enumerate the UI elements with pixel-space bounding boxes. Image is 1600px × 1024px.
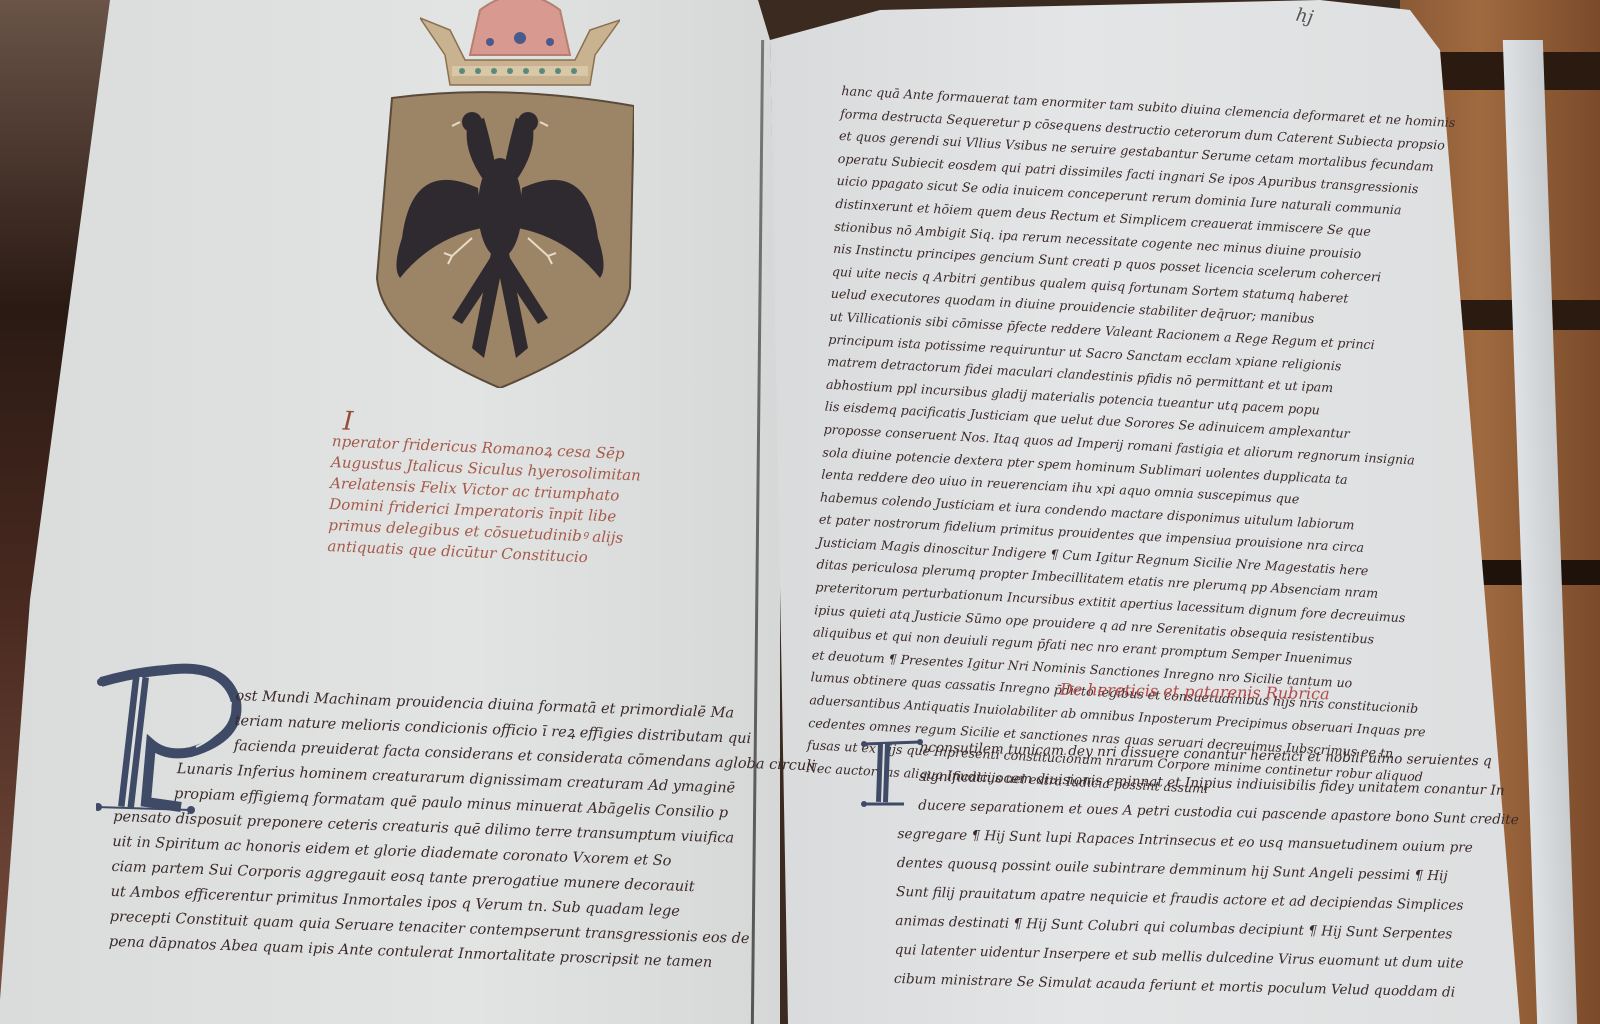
folio-number: hj — [1294, 5, 1315, 29]
shield-icon — [372, 88, 634, 388]
title-rubric: I nperator fridericus Romanoꝝ cesa Sēp A… — [327, 411, 653, 571]
right-page-body-text: hanc quā Ante formauerat tam enormiter t… — [805, 80, 1458, 812]
left-page-body-text: ost Mundi Machinam prouidencia diuina fo… — [108, 680, 817, 979]
right-page-body2-text: nconsutilem tunicam dey nri dissuere con… — [894, 733, 1521, 1009]
crown-icon — [420, 0, 620, 92]
